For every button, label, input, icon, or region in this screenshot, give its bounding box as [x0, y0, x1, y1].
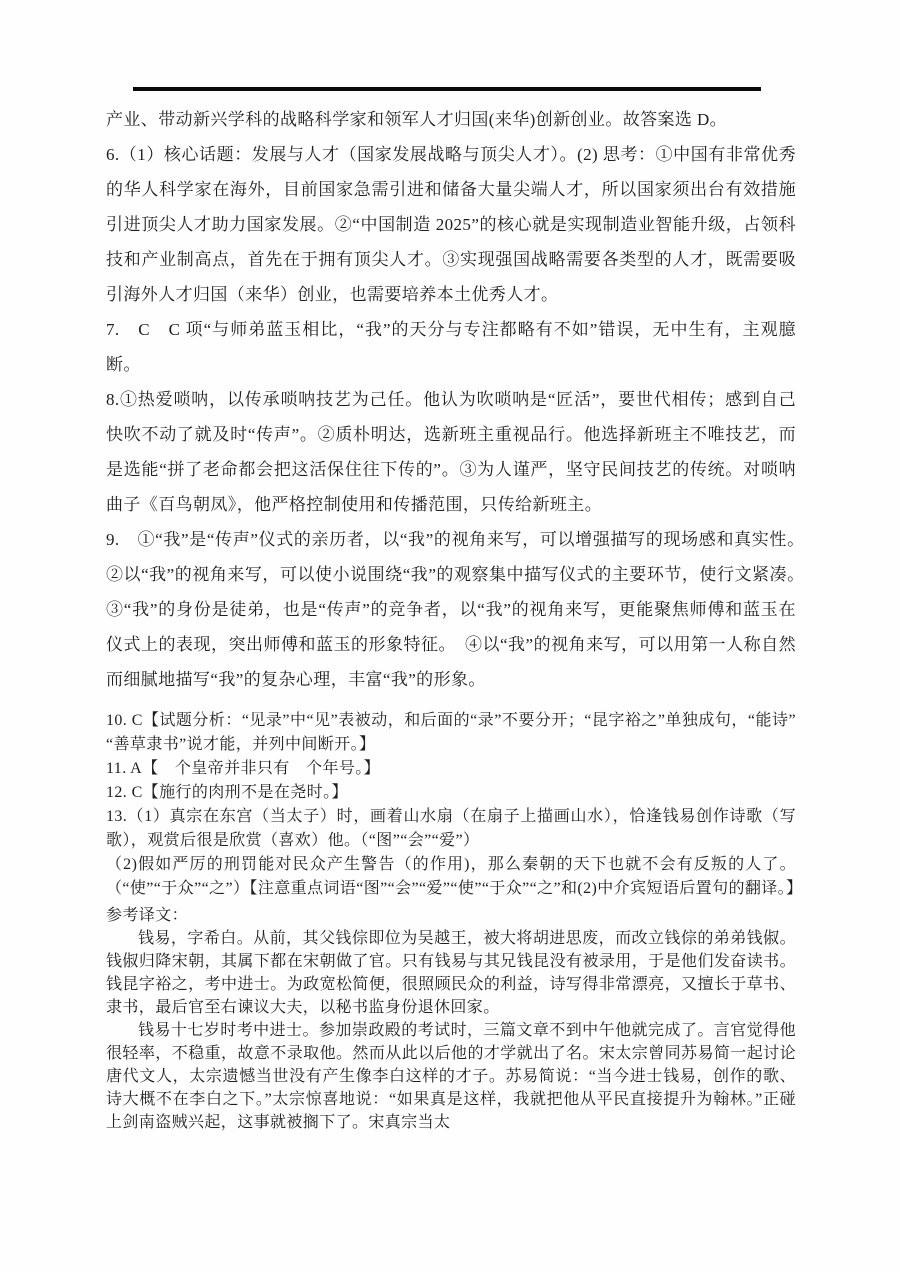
- answer-7: 7. C C 项“与师弟蓝玉相比，“我”的天分与专注都略有不如”错误，无中生有，…: [106, 312, 796, 382]
- header-rule: [133, 87, 761, 91]
- answer-5d-conclusion: 产业、带动新兴学科的战略科学家和领军人才归国(来华)创新创业。故答案选 D。: [106, 102, 796, 137]
- document-page: 产业、带动新兴学科的战略科学家和领军人才归国(来华)创新创业。故答案选 D。 6…: [0, 0, 900, 1272]
- section-answers-wide: 产业、带动新兴学科的战略科学家和领军人才归国(来华)创新创业。故答案选 D。 6…: [106, 102, 796, 697]
- answer-13-part2: （2)假如严厉的刑罚能对民众产生警告（的作用)，那么秦朝的天下也就不会有反叛的人…: [106, 853, 796, 901]
- answer-8: 8.①热爱唢呐，以传承唢呐技艺为己任。他认为吹唢呐是“匠活”，要世代相传；感到自…: [106, 382, 796, 522]
- translation-paragraph-2: 钱易十七岁时考中进士。参加崇政殿的考试时，三篇文章不到中午他就完成了。言官觉得他…: [106, 1019, 796, 1134]
- answer-9: 9. ①“我”是“传声”仪式的亲历者，以“我”的视角来写，可以增强描写的现场感和…: [106, 522, 796, 697]
- document-content: 产业、带动新兴学科的战略科学家和领军人才归国(来华)创新创业。故答案选 D。 6…: [106, 102, 796, 1134]
- answer-6: 6.（1）核心话题：发展与人才（国家发展战略与顶尖人才）。(2) 思考：①中国有…: [106, 137, 796, 312]
- answer-11: 11. A【 个皇帝并非只有 个年号。】: [106, 757, 796, 781]
- answer-12: 12. C【施行的肉刑不是在尧时。】: [106, 781, 796, 805]
- translation-heading: 参考译文：: [106, 904, 796, 927]
- answer-13-part1: 13.（1）真宗在东宫（当太子）时，画着山水扇（在扇子上描画山水），恰逢钱易创作…: [106, 805, 796, 853]
- section-reference-translation: 参考译文： 钱易，字希白。从前，其父钱倧即位为吴越王，被大将胡进思废，而改立钱倧…: [106, 904, 796, 1134]
- translation-paragraph-1: 钱易，字希白。从前，其父钱倧即位为吴越王，被大将胡进思废，而改立钱倧的弟弟钱俶。…: [106, 927, 796, 1019]
- section-answers-tight: 10. C【试题分析：“见录”中“见”表被动，和后面的“录”不要分开；“昆字裕之…: [106, 709, 796, 901]
- answer-10: 10. C【试题分析：“见录”中“见”表被动，和后面的“录”不要分开；“昆字裕之…: [106, 709, 796, 757]
